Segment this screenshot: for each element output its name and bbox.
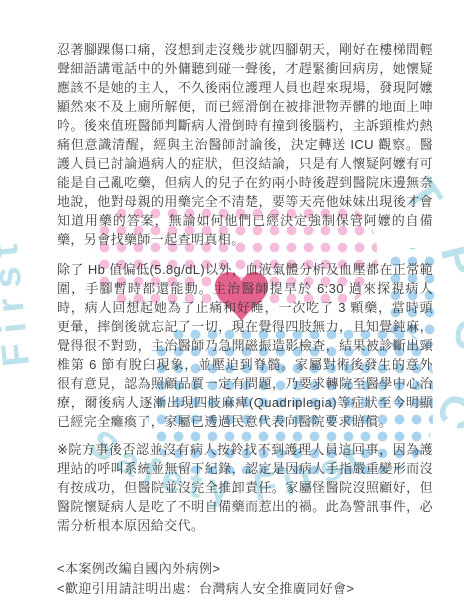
document-page: TPSC Safety First First 忍著腳踝傷口痛，沒想到走沒幾步就… [0,0,464,600]
case-text-block: 忍著腳踝傷口痛，沒想到走沒幾步就四腳朝天，剛好在樓梯間輕聲細語講電話中的外傭聽到… [57,40,433,599]
watermark-ring-text-left: First [0,232,38,368]
case-paragraph-hospital-response: ※院方事後否認並沒有病人按鈴找不到護理人員這回事，因為護理站的呼叫系統並無留下紀… [57,440,433,535]
case-paragraph-fall-incident: 忍著腳踝傷口痛，沒想到走沒幾步就四腳朝天，剛好在樓梯間輕聲細語講電話中的外傭聽到… [57,40,433,249]
svg-text:First: First [0,232,38,368]
footer-source-note: <本案例改編自國內外病例> [57,559,433,579]
case-paragraph-diagnosis: 除了 Hb 值偏低(5.8g/dL)以外，血液氣體分析及血壓都在正常範圍，手腳暫… [57,260,433,431]
footer-citation-note: <歡迎引用請註明出處：台灣病人安全推廣同好會> [57,579,433,599]
